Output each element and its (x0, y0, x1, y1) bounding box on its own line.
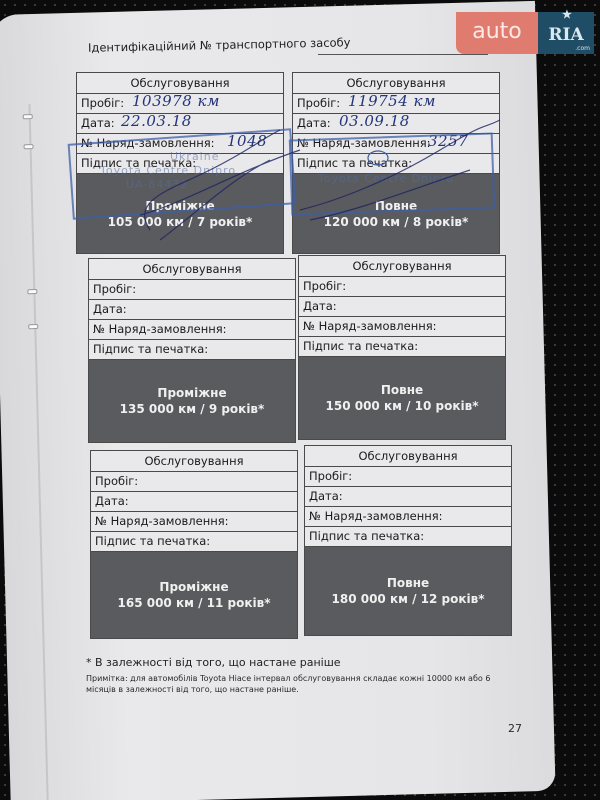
date-row: Дата: (91, 492, 297, 512)
watermark-auto: auto (456, 12, 538, 54)
mileage-row: Пробіг: (89, 280, 295, 300)
work-order-label: № Наряд-замовлення: (303, 319, 437, 333)
watermark-ria-text: RIA (548, 25, 583, 45)
service-interval-block: Проміжне 135 000 км / 9 років* (89, 360, 295, 442)
service-card-4: Обслуговування Пробіг: Дата: № Наряд-зам… (298, 255, 506, 440)
service-interval: 150 000 км / 10 років* (326, 398, 479, 414)
hiace-note: Примітка: для автомобілів Toyota Hiace і… (86, 673, 516, 695)
mileage-label: Пробіг: (93, 282, 136, 296)
service-interval: 165 000 км / 11 років* (118, 595, 271, 611)
work-order-label: № Наряд-замовлення: (95, 514, 229, 528)
signature-row: Підпис та печатка: (91, 532, 297, 552)
service-type: Проміжне (157, 385, 226, 401)
mileage-row: Пробіг: (91, 472, 297, 492)
page-number: 27 (508, 722, 522, 735)
service-interval-block: Проміжне 165 000 км / 11 років* (91, 552, 297, 638)
date-label: Дата: (309, 489, 343, 503)
mileage-label: Пробіг: (303, 279, 346, 293)
work-order-label: № Наряд-замовлення: (309, 509, 443, 523)
signature-label: Підпис та печатка: (303, 339, 418, 353)
star-icon: ★ (562, 8, 572, 22)
mileage-row: Пробіг: (305, 467, 511, 487)
date-row: Дата: (89, 300, 295, 320)
footnote: * В залежності від того, що настане рані… (86, 656, 341, 669)
service-interval: 135 000 км / 9 років* (120, 401, 265, 417)
mileage-label: Пробіг: (309, 469, 352, 483)
signature-row: Підпис та печатка: (89, 340, 295, 360)
card-title: Обслуговування (91, 451, 297, 472)
service-card-3: Обслуговування Пробіг: Дата: № Наряд-зам… (88, 258, 296, 443)
signature-row: Підпис та печатка: (305, 527, 511, 547)
work-order-row: № Наряд-замовлення: (299, 317, 505, 337)
card-title: Обслуговування (299, 256, 505, 277)
mileage-row: Пробіг: (299, 277, 505, 297)
signature-label: Підпис та печатка: (93, 342, 208, 356)
watermark-com: .com (575, 45, 590, 53)
mileage-label: Пробіг: (95, 474, 138, 488)
date-label: Дата: (95, 494, 129, 508)
card-title: Обслуговування (305, 446, 511, 467)
date-label: Дата: (303, 299, 337, 313)
autoria-watermark: auto ★ RIA .com (456, 12, 594, 54)
signature-label: Підпис та печатка: (95, 534, 210, 548)
date-label: Дата: (93, 302, 127, 316)
work-order-row: № Наряд-замовлення: (89, 320, 295, 340)
service-card-5: Обслуговування Пробіг: Дата: № Наряд-зам… (90, 450, 298, 639)
signature-label: Підпис та печатка: (309, 529, 424, 543)
work-order-row: № Наряд-замовлення: (305, 507, 511, 527)
service-card-6: Обслуговування Пробіг: Дата: № Наряд-зам… (304, 445, 512, 636)
card-title: Обслуговування (89, 259, 295, 280)
service-type: Повне (381, 382, 423, 398)
work-order-label: № Наряд-замовлення: (93, 322, 227, 336)
service-interval-block: Повне 180 000 км / 12 років* (305, 547, 511, 635)
toyota-logo-icon (368, 151, 388, 165)
work-order-row: № Наряд-замовлення: (91, 512, 297, 532)
service-type: Проміжне (159, 579, 228, 595)
service-interval: 180 000 км / 12 років* (332, 591, 485, 607)
service-type: Повне (387, 575, 429, 591)
signature-row: Підпис та печатка: (299, 337, 505, 357)
service-interval-block: Повне 150 000 км / 10 років* (299, 357, 505, 439)
date-row: Дата: (305, 487, 511, 507)
date-row: Дата: (299, 297, 505, 317)
watermark-ria: ★ RIA .com (538, 12, 594, 54)
